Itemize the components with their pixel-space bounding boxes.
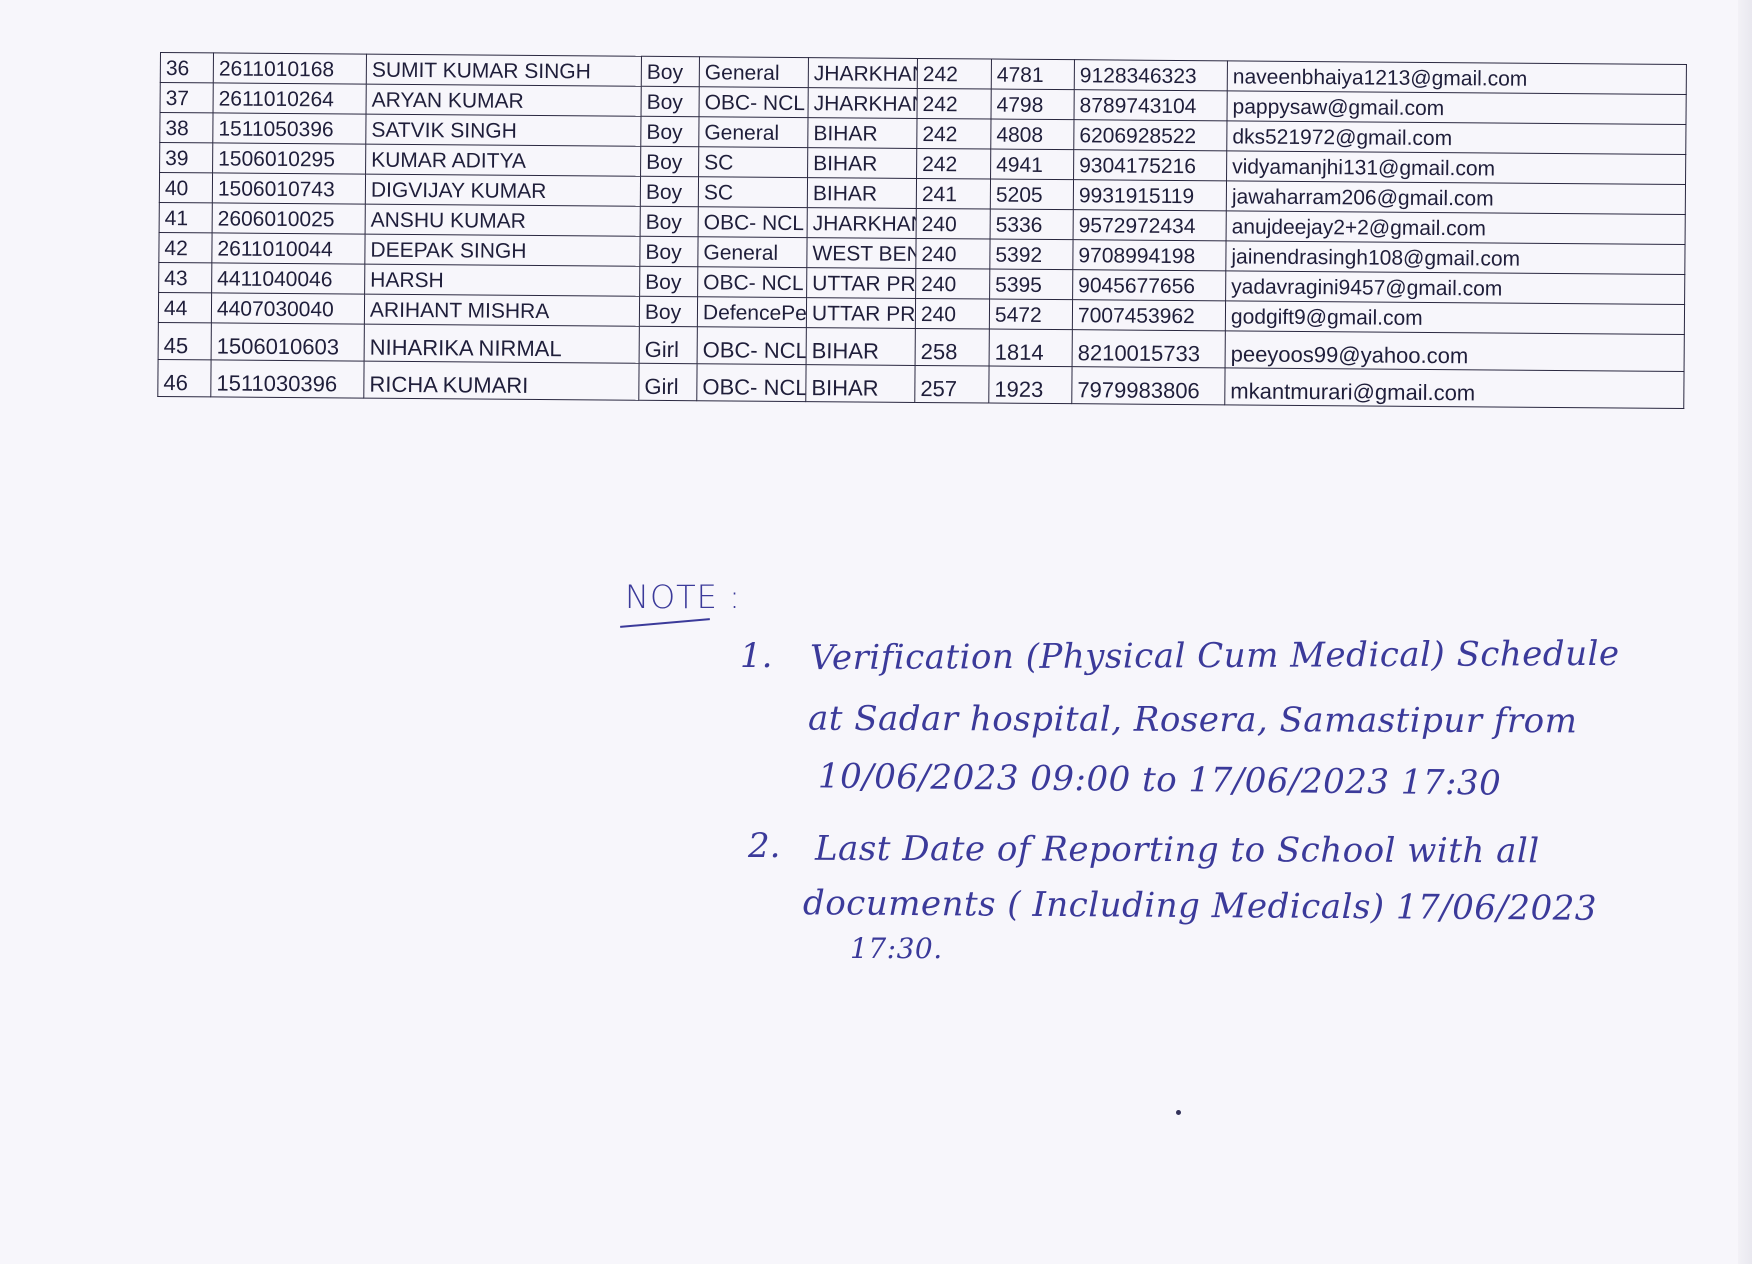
rank-cell: 4798 — [991, 89, 1074, 120]
note-item-1-line-2: at Sadar hospital, Rosera, Samastipur fr… — [808, 699, 1578, 742]
serial-number-cell: 42 — [159, 232, 212, 262]
state-cell: UTTAR PRADESH — [806, 298, 915, 329]
scan-page-edge — [1738, 0, 1752, 1264]
state-cell: BIHAR — [808, 148, 917, 179]
serial-number-cell: 40 — [159, 173, 212, 203]
rank-cell: 5205 — [990, 179, 1073, 210]
rank-cell: 4781 — [991, 59, 1074, 90]
roll-number-cell: 1506010295 — [213, 143, 366, 174]
note-item-2-number: 2. — [748, 826, 780, 866]
phone-cell: 9045677656 — [1073, 270, 1226, 301]
merit-list-table: 362611010168SUMIT KUMAR SINGHBoyGeneralJ… — [157, 52, 1687, 409]
email-cell: mkantmurari@gmail.com — [1225, 368, 1684, 409]
phone-cell: 9304175216 — [1074, 150, 1227, 181]
gender-cell: Boy — [640, 236, 698, 266]
phone-cell: 9708994198 — [1073, 240, 1226, 271]
gender-cell: Boy — [641, 146, 699, 176]
gender-cell: Boy — [641, 86, 699, 116]
email-cell: naveenbhaiya1213@gmail.com — [1227, 61, 1686, 95]
roll-number-cell: 2611010264 — [213, 83, 366, 114]
marks-cell: 242 — [917, 118, 991, 149]
candidate-name-cell: ARIHANT MISHRA — [364, 294, 639, 326]
serial-number-cell: 41 — [159, 202, 212, 232]
marks-cell: 242 — [917, 88, 991, 119]
rank-cell: 4941 — [991, 149, 1074, 180]
email-cell: vidyamanjhi131@gmail.com — [1227, 151, 1686, 185]
serial-number-cell: 45 — [158, 322, 211, 359]
rank-cell: 5392 — [990, 239, 1073, 270]
email-cell: godgift9@gmail.com — [1225, 301, 1684, 335]
category-cell: DefencePersonnel — [697, 297, 806, 328]
phone-cell: 9931915119 — [1073, 180, 1226, 211]
marks-cell: 240 — [916, 208, 990, 239]
state-cell: WEST BENGAL — [807, 238, 916, 269]
note-title-underline — [620, 618, 710, 628]
state-cell: BIHAR — [806, 365, 915, 403]
phone-cell: 8210015733 — [1072, 330, 1225, 368]
rank-cell: 1814 — [989, 329, 1072, 367]
email-cell: yadavragini9457@gmail.com — [1226, 271, 1685, 305]
candidate-name-cell: NIHARIKA NIRMAL — [364, 324, 639, 363]
serial-number-cell: 46 — [158, 359, 211, 396]
gender-cell: Boy — [640, 206, 698, 236]
roll-number-cell: 2611010044 — [212, 233, 365, 264]
marks-cell: 240 — [916, 268, 990, 299]
email-cell: peeyoos99@yahoo.com — [1225, 331, 1684, 372]
candidate-name-cell: ARYAN KUMAR — [366, 84, 641, 116]
roll-number-cell: 1506010603 — [211, 323, 364, 361]
candidate-name-cell: SUMIT KUMAR SINGH — [366, 54, 641, 86]
phone-cell: 7007453962 — [1072, 300, 1225, 331]
category-cell: General — [699, 57, 808, 88]
candidate-name-cell: SATVIK SINGH — [366, 114, 641, 146]
marks-cell: 258 — [915, 328, 989, 366]
roll-number-cell: 4407030040 — [211, 293, 364, 324]
gender-cell: Boy — [641, 56, 699, 86]
category-cell: SC — [698, 177, 807, 208]
state-cell: BIHAR — [808, 118, 917, 149]
candidate-name-cell: KUMAR ADITYA — [366, 144, 641, 176]
gender-cell: Boy — [641, 116, 699, 146]
state-cell: JHARKHAND — [808, 88, 917, 119]
note-item-2-line-3: 17:30. — [850, 932, 943, 965]
category-cell: OBC- NCL — [697, 364, 806, 402]
phone-cell: 9572972434 — [1073, 210, 1226, 241]
category-cell: OBC- NCL — [698, 207, 807, 238]
email-cell: jawaharram206@gmail.com — [1226, 181, 1685, 215]
category-cell: OBC- NCL — [699, 87, 808, 118]
marks-cell: 242 — [917, 148, 991, 179]
email-cell: jainendrasingh108@gmail.com — [1226, 241, 1685, 275]
state-cell: JHARKHAND — [808, 58, 917, 89]
serial-number-cell: 37 — [160, 83, 213, 113]
email-cell: dks521972@gmail.com — [1227, 121, 1686, 155]
note-item-2-line-2: documents ( Including Medicals) 17/06/20… — [803, 883, 1597, 929]
candidate-name-cell: HARSH — [365, 264, 640, 296]
serial-number-cell: 43 — [159, 262, 212, 292]
rank-cell: 5395 — [990, 269, 1073, 300]
category-cell: General — [699, 117, 808, 148]
category-cell: OBC- NCL — [697, 327, 806, 365]
phone-cell: 8789743104 — [1074, 90, 1227, 121]
candidate-name-cell: RICHA KUMARI — [364, 361, 639, 400]
state-cell: JHARKHAND — [807, 208, 916, 239]
state-cell: BIHAR — [807, 178, 916, 209]
rank-cell: 1923 — [989, 366, 1072, 404]
candidate-name-cell: DIGVIJAY KUMAR — [365, 174, 640, 206]
merit-list-table-container: 362611010168SUMIT KUMAR SINGHBoyGeneralJ… — [157, 52, 1687, 409]
state-cell: UTTAR PRADESH — [807, 268, 916, 299]
phone-cell: 7979983806 — [1072, 367, 1225, 405]
category-cell: SC — [699, 147, 808, 178]
roll-number-cell: 1506010743 — [212, 173, 365, 204]
gender-cell: Girl — [639, 363, 697, 400]
marks-cell: 240 — [916, 238, 990, 269]
email-cell: anujdeejay2+2@gmail.com — [1226, 211, 1685, 245]
marks-cell: 242 — [917, 58, 991, 89]
roll-number-cell: 2606010025 — [212, 203, 365, 234]
marks-cell: 257 — [915, 365, 989, 403]
rank-cell: 4808 — [991, 119, 1074, 150]
gender-cell: Boy — [640, 176, 698, 206]
roll-number-cell: 1511050396 — [213, 113, 366, 144]
roll-number-cell: 1511030396 — [211, 360, 364, 398]
gender-cell: Girl — [639, 326, 697, 363]
marks-cell: 241 — [916, 178, 990, 209]
phone-cell: 6206928522 — [1074, 120, 1227, 151]
rank-cell: 5472 — [989, 299, 1072, 330]
candidate-name-cell: ANSHU KUMAR — [365, 204, 640, 236]
note-item-1-line-1: Verification (Physical Cum Medical) Sche… — [810, 634, 1620, 678]
roll-number-cell: 2611010168 — [213, 53, 366, 84]
scan-speck — [1176, 1110, 1181, 1115]
candidate-name-cell: DEEPAK SINGH — [365, 234, 640, 266]
gender-cell: Boy — [640, 266, 698, 296]
note-item-2-line-1: Last Date of Reporting to School with al… — [815, 829, 1540, 872]
note-item-1-number: 1. — [740, 636, 772, 676]
note-title: NOTE : — [625, 578, 741, 616]
phone-cell: 9128346323 — [1074, 60, 1227, 91]
gender-cell: Boy — [639, 296, 697, 326]
serial-number-cell: 39 — [160, 143, 213, 173]
category-cell: OBC- NCL — [698, 267, 807, 298]
category-cell: General — [698, 237, 807, 268]
note-item-1-line-3: 10/06/2023 09:00 to 17/06/2023 17:30 — [818, 756, 1502, 803]
serial-number-cell: 44 — [158, 292, 211, 322]
serial-number-cell: 36 — [160, 53, 213, 83]
roll-number-cell: 4411040046 — [212, 263, 365, 294]
serial-number-cell: 38 — [160, 113, 213, 143]
email-cell: pappysaw@gmail.com — [1227, 91, 1686, 125]
state-cell: BIHAR — [806, 328, 915, 366]
rank-cell: 5336 — [990, 209, 1073, 240]
marks-cell: 240 — [915, 298, 989, 329]
